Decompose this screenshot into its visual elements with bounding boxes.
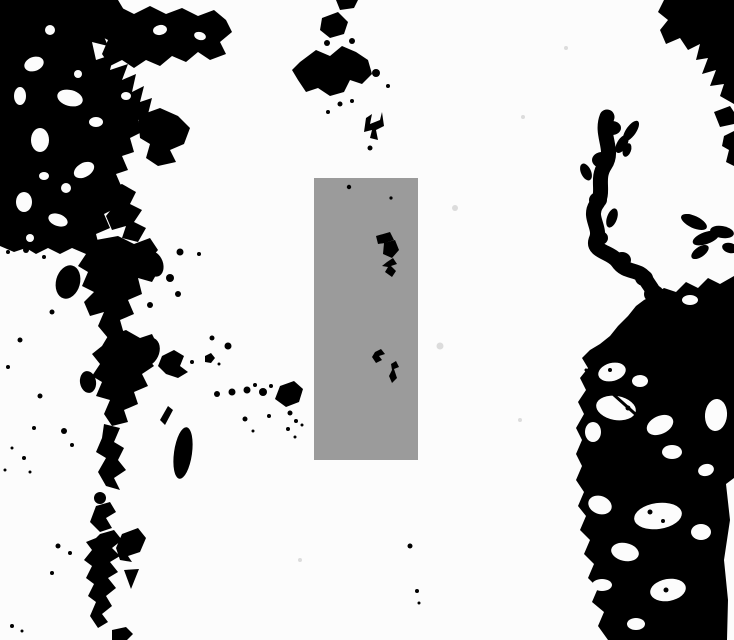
foliage-speck	[166, 274, 174, 282]
margin-speck	[23, 247, 29, 253]
screenshot-root	[0, 0, 734, 640]
foliage-speck	[349, 38, 355, 44]
foliage-speck	[218, 363, 221, 366]
mass-hole	[682, 295, 698, 305]
noise-speck	[521, 115, 525, 119]
mass-hole	[632, 375, 648, 387]
mid-bottom-dot	[415, 589, 419, 593]
foliage-speck	[147, 302, 153, 308]
margin-speck	[18, 338, 23, 343]
foliage-speck	[225, 343, 232, 350]
mass-hole	[592, 579, 612, 591]
trailing-dot	[301, 424, 304, 427]
foliage-speck	[350, 99, 354, 103]
margin-speck	[56, 544, 61, 549]
hole-speck	[648, 510, 653, 515]
margin-speck	[61, 428, 67, 434]
noise-speck	[564, 46, 568, 50]
mass-hole	[74, 70, 82, 78]
margin-speck	[4, 469, 7, 472]
overlay-rectangle	[314, 178, 418, 460]
trailing-dot	[252, 430, 255, 433]
dash-row-dot	[253, 383, 257, 387]
right-branch-node	[589, 192, 607, 208]
margin-speck	[6, 250, 10, 254]
mass-hole	[627, 618, 645, 630]
trailing-dot	[243, 417, 248, 422]
dash-row-dot	[259, 388, 267, 396]
mass-hole	[121, 92, 131, 100]
foliage-speck	[386, 84, 390, 88]
mid-bottom-dot	[418, 602, 421, 605]
foliage-speck	[338, 102, 343, 107]
margin-speck	[22, 456, 26, 460]
mass-hole	[45, 25, 55, 35]
trailing-dot	[267, 414, 271, 418]
foliage-speck	[372, 69, 380, 77]
dash-row-dot	[214, 391, 220, 397]
dash-row-dot	[244, 387, 251, 394]
hole-speck	[661, 519, 665, 523]
foliage-speck	[326, 110, 330, 114]
margin-speck	[70, 443, 74, 447]
hole-speck	[664, 588, 669, 593]
trailing-dot	[288, 411, 293, 416]
mass-hole	[691, 524, 711, 540]
margin-speck	[177, 249, 184, 256]
right-branch-node	[613, 252, 631, 268]
margin-speck	[129, 249, 135, 255]
mass-hole	[89, 117, 103, 127]
overlay-inner-dot	[347, 185, 351, 189]
right-leaf-cluster	[682, 214, 694, 222]
margin-speck	[10, 624, 14, 628]
margin-speck	[68, 551, 72, 555]
mass-hole	[39, 172, 49, 180]
foliage-speck	[190, 360, 194, 364]
right-branch-node	[603, 121, 621, 135]
margin-speck	[32, 426, 36, 430]
left-branch-node	[94, 492, 106, 504]
overlay-inner-dot	[389, 196, 392, 199]
right-branch-node	[592, 231, 608, 245]
margin-speck	[11, 447, 14, 450]
noise-speck	[452, 205, 458, 211]
trailing-dot	[286, 427, 290, 431]
mass-hole	[14, 87, 26, 105]
margin-speck	[42, 255, 46, 259]
topleft-foliage-arm	[96, 6, 232, 68]
trailing-dot	[294, 436, 297, 439]
mass-hole	[31, 128, 49, 152]
foliage-speck	[210, 336, 215, 341]
margin-speck	[29, 471, 32, 474]
mass-hole	[26, 234, 34, 242]
mass-hole	[61, 183, 71, 193]
margin-speck	[6, 365, 10, 369]
noise-speck	[437, 343, 444, 350]
dash-row-dot	[229, 389, 236, 396]
mass-hole	[585, 422, 601, 442]
dash-row-dot	[269, 384, 273, 388]
noise-speck	[298, 558, 302, 562]
foliage-speck	[324, 40, 330, 46]
hole-speck	[608, 368, 612, 372]
margin-speck	[197, 252, 201, 256]
margin-speck	[50, 571, 54, 575]
right-branch-node	[592, 152, 612, 168]
margin-speck	[50, 310, 55, 315]
right-branch-node	[635, 270, 653, 286]
margin-speck	[38, 394, 43, 399]
noise-speck	[518, 418, 522, 422]
hole-speck	[626, 406, 631, 411]
mass-hole	[16, 192, 32, 212]
foliage-speck	[175, 291, 181, 297]
mid-bottom-dot	[408, 544, 413, 549]
foliage-speck	[368, 146, 373, 151]
mass-hole	[662, 445, 682, 459]
trailing-dot	[294, 419, 298, 423]
margin-speck	[21, 630, 24, 633]
binary-threshold-image	[0, 0, 734, 640]
